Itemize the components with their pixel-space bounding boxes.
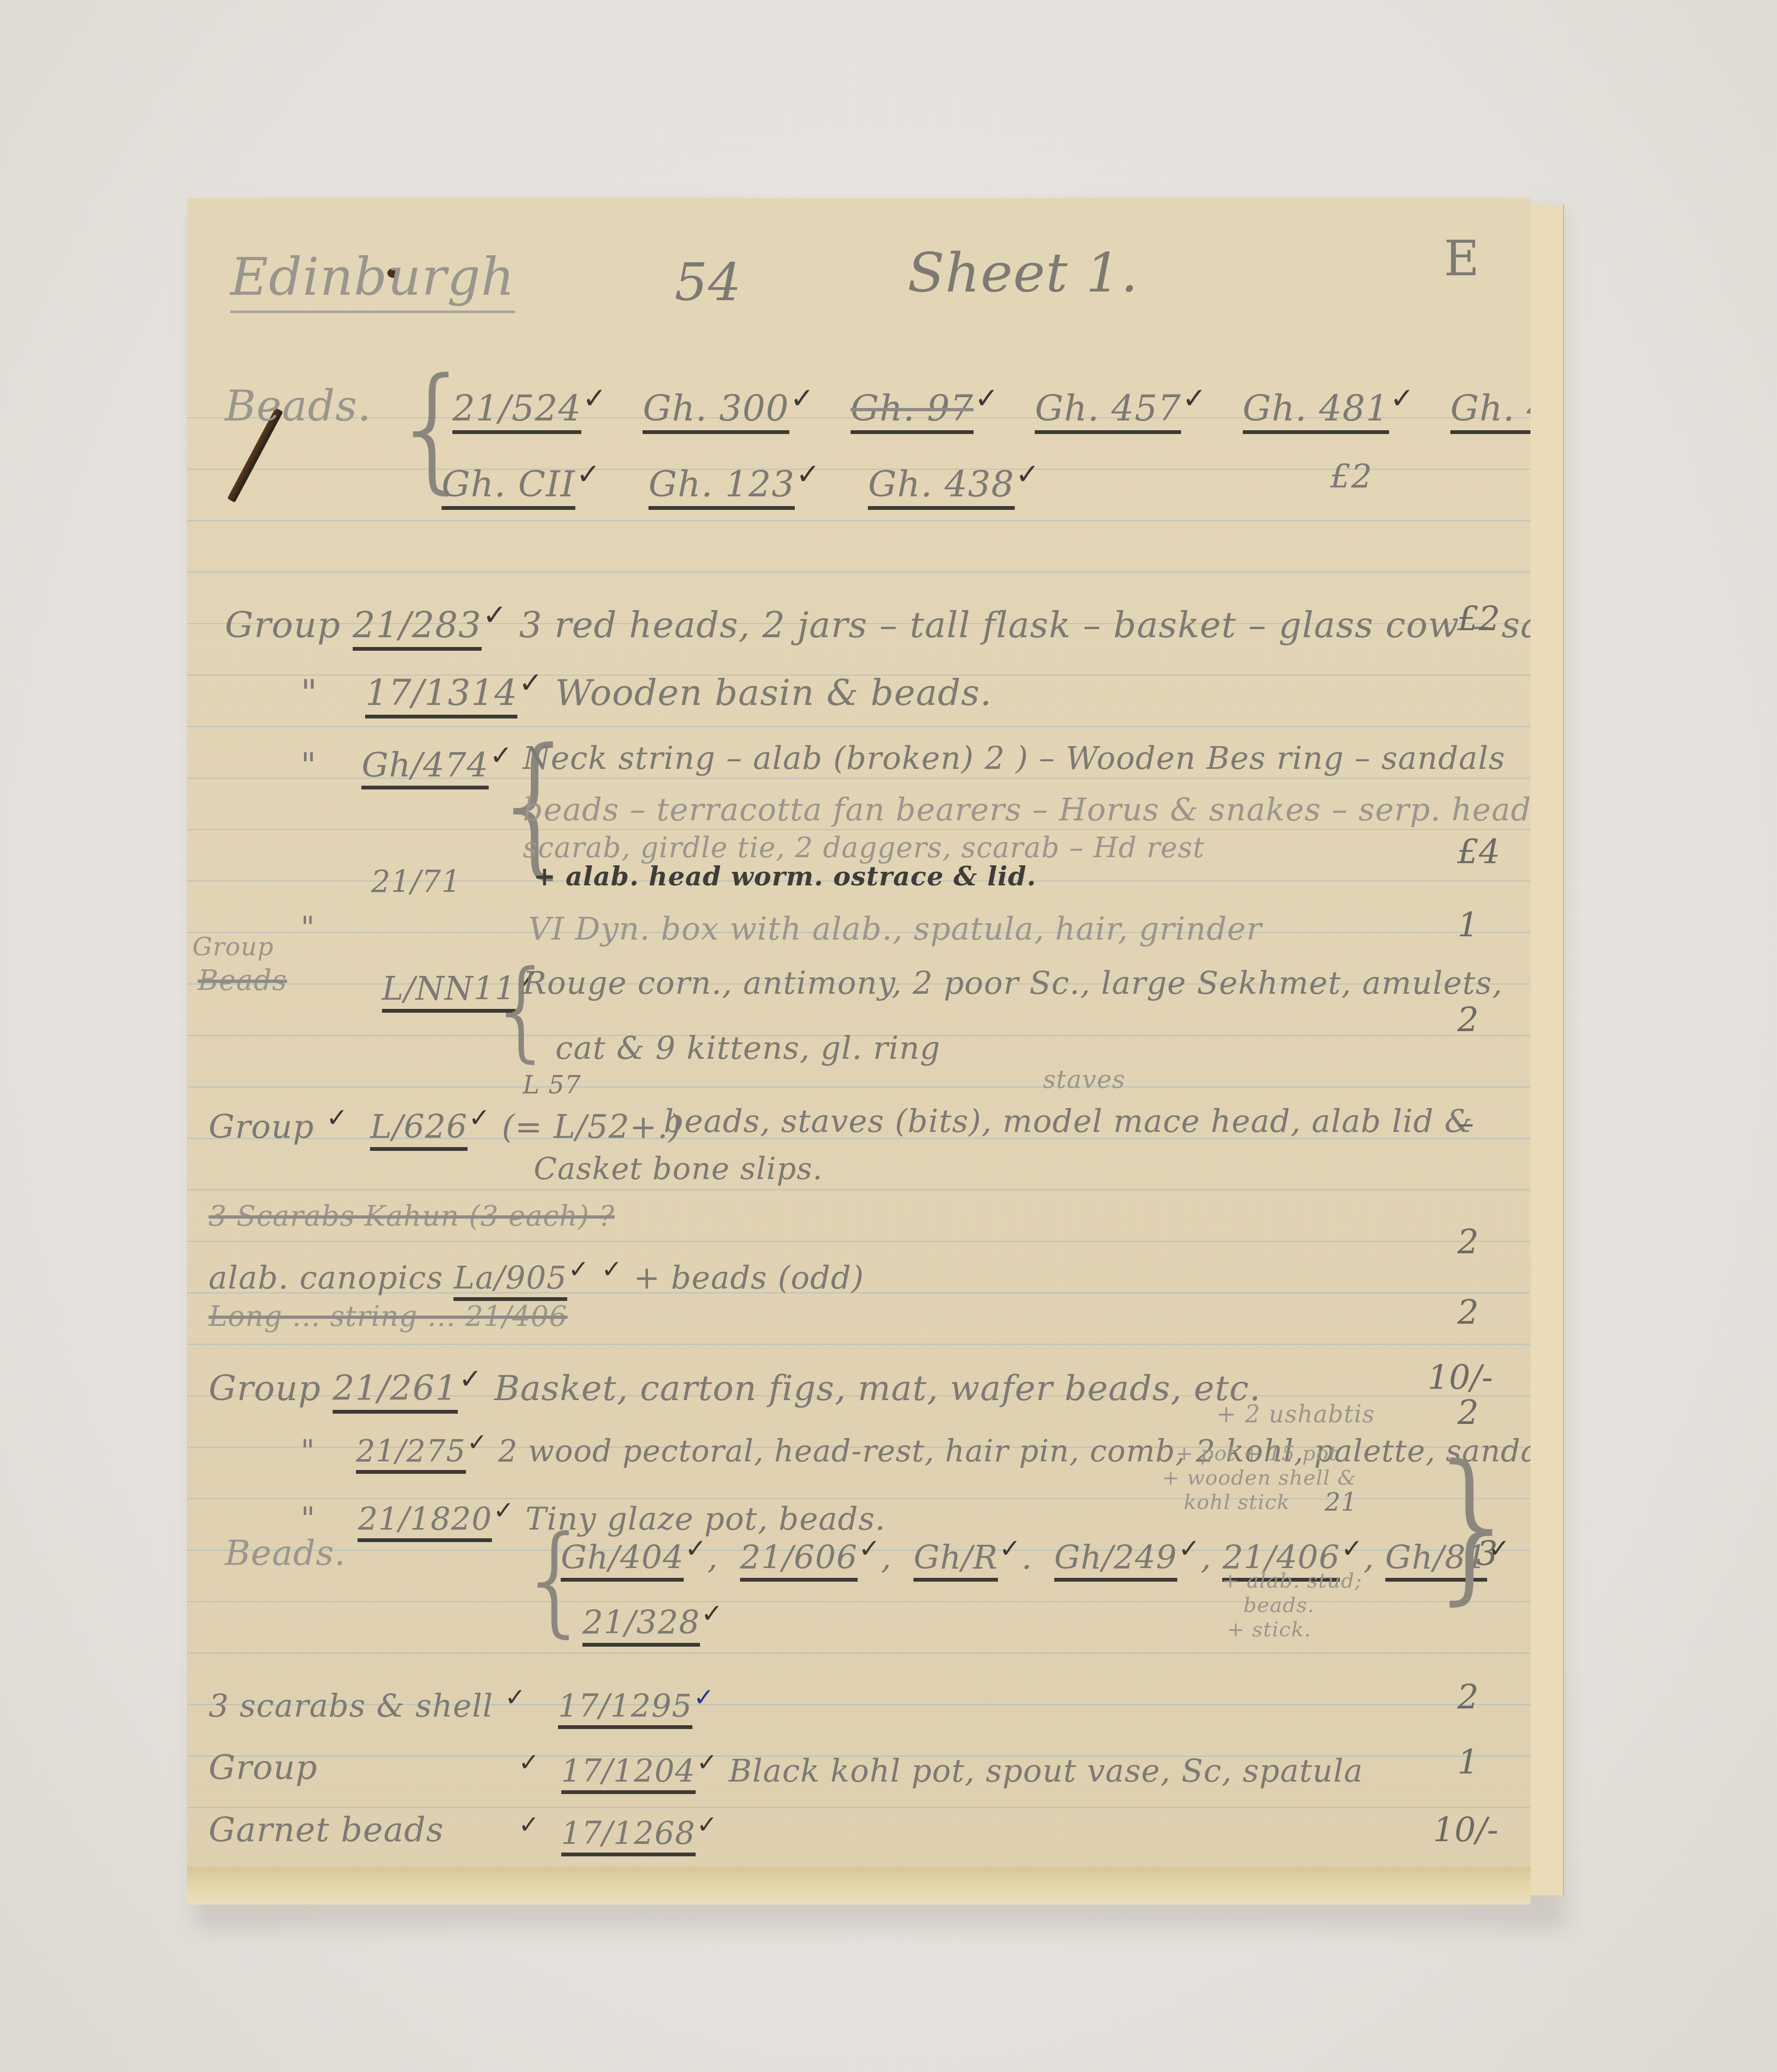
entry-row: ✓ 17/1268✓ [517, 1810, 718, 1851]
entry-amount: £2 [1457, 599, 1500, 638]
entry-label: Garnet beads [209, 1810, 444, 1849]
beads-refs-line1: 21/524✓ Gh. 300✓ Gh. 97✓ Gh. 457✓ Gh. 48… [452, 382, 1530, 429]
entry-amount: £2 [1330, 458, 1372, 496]
description-line: Neck string – alab (broken) 2 ) – Wooden… [523, 740, 1506, 776]
entry-amount: 2 [1457, 1000, 1478, 1039]
beads-refs-line2: Gh. CII✓ Gh. 123✓ Gh. 438✓ [442, 458, 1040, 505]
note-line: + stick. [1227, 1617, 1311, 1641]
ruled-line [187, 520, 1530, 521]
entry-ref: 21/71 [371, 864, 461, 899]
note-line: beads. [1243, 1593, 1314, 1617]
entry-amount: 10/- [1433, 1810, 1499, 1849]
note-line: + wooden shell & [1162, 1466, 1356, 1490]
entry-row: " 21/275✓ 2 wood pectoral, head-rest, ha… [301, 1428, 1530, 1469]
note-line: + alab. stud; [1222, 1569, 1362, 1592]
entry-row: ✓ 17/1204✓ Black kohl pot, spout vase, S… [517, 1747, 1363, 1789]
entry-label: Beads. [225, 382, 372, 431]
description-line: Rouge corn., antimony, 2 poor Sc., large… [523, 964, 1503, 1001]
entry-amount: 1 [1457, 1742, 1478, 1782]
header-letter: E [1444, 230, 1480, 287]
margin-note: Group [192, 932, 274, 961]
entry-amount: 2 [1457, 1292, 1478, 1332]
struck-entry: 3 Scarabs Kahun (3 each) ? [209, 1200, 615, 1233]
ruled-line [187, 1807, 1530, 1808]
ruled-line [187, 1241, 1530, 1242]
description-line: Casket bone slips. [534, 1151, 823, 1187]
entry-row: Group 21/261✓ Basket, carton figs, mat, … [209, 1363, 1261, 1409]
beads-refs-line2: 21/328✓ [582, 1598, 723, 1642]
superscript-note: staves [1043, 1065, 1125, 1094]
entry-amount: 2 [1457, 1222, 1478, 1261]
entry-row: " 17/1314✓ Wooden basin & beads. [301, 666, 992, 714]
entry-label: Group [209, 1747, 317, 1787]
note-line: + pot + 15 pot [1176, 1441, 1338, 1465]
entry-amount: £4 [1457, 832, 1500, 871]
beads-refs-line1: Gh/404✓, 21/606✓, Gh/R✓. Gh/249✓, 21/406… [561, 1533, 1510, 1577]
entry-amount: 1 [1457, 905, 1478, 944]
header-number: 54 [675, 252, 742, 313]
description-line: beads – terracotta fan bearers – Horus &… [523, 791, 1530, 828]
entry-row: " Gh/474✓ [301, 740, 513, 785]
entry-amount: 2 [1457, 1393, 1478, 1432]
entry-row: 3 scarabs & shell ✓ 17/1295✓ [209, 1682, 715, 1724]
ruled-line [187, 1344, 1530, 1345]
entry-row: alab. canopics La/905✓ ✓ + beads (odd) [209, 1254, 864, 1296]
entry-amount: 10/- [1428, 1357, 1493, 1397]
ruled-line [187, 1189, 1530, 1190]
note-line: 21 [1325, 1487, 1358, 1517]
entry-amount: 2 [1457, 1677, 1478, 1717]
header-place: Edinburgh [230, 247, 515, 313]
entry-row: Group ✓ L/626✓ (= L/52+.) [209, 1103, 682, 1146]
ruled-line [187, 1653, 1530, 1654]
description-line: VI Dyn. box with alab., spatula, hair, g… [528, 910, 1262, 947]
ref-note: L 57 [523, 1070, 581, 1099]
entry-label: Beads. [225, 1533, 346, 1574]
entry-amount: – [1457, 1103, 1474, 1142]
struck-entry: Long ... string ... 21/406 [209, 1300, 568, 1333]
ruled-line [187, 1601, 1530, 1602]
superscript-note: + 2 ushabtis [1216, 1401, 1375, 1428]
ruled-line [187, 572, 1530, 573]
ruled-line [187, 1086, 1530, 1087]
entry-amount: 3 [1476, 1533, 1497, 1573]
description-line-ink: + alab. head worm. ostrace & lid. [534, 862, 1036, 892]
ditto-mark: " [301, 910, 315, 946]
entry-row: Group 21/283✓ 3 red heads, 2 jars – tall… [225, 599, 1530, 646]
ruled-line [187, 726, 1530, 727]
note-line: kohl stick [1184, 1490, 1290, 1514]
folded-bottom-edge [187, 1867, 1530, 1905]
struck-label: Beads [198, 964, 287, 997]
closing-brace-icon: } [1422, 1444, 1526, 1607]
notebook-page: Edinburgh 54 Sheet 1. E Beads. { 21/524✓… [187, 198, 1530, 1905]
ruled-line [187, 829, 1530, 830]
header-sheet: Sheet 1. [907, 241, 1139, 305]
description-line: beads, staves (bits), model mace head, a… [664, 1103, 1473, 1139]
description-line: scarab, girdle tie, 2 daggers, scarab – … [523, 832, 1205, 864]
description-line: cat & 9 kittens, gl. ring [555, 1029, 941, 1066]
